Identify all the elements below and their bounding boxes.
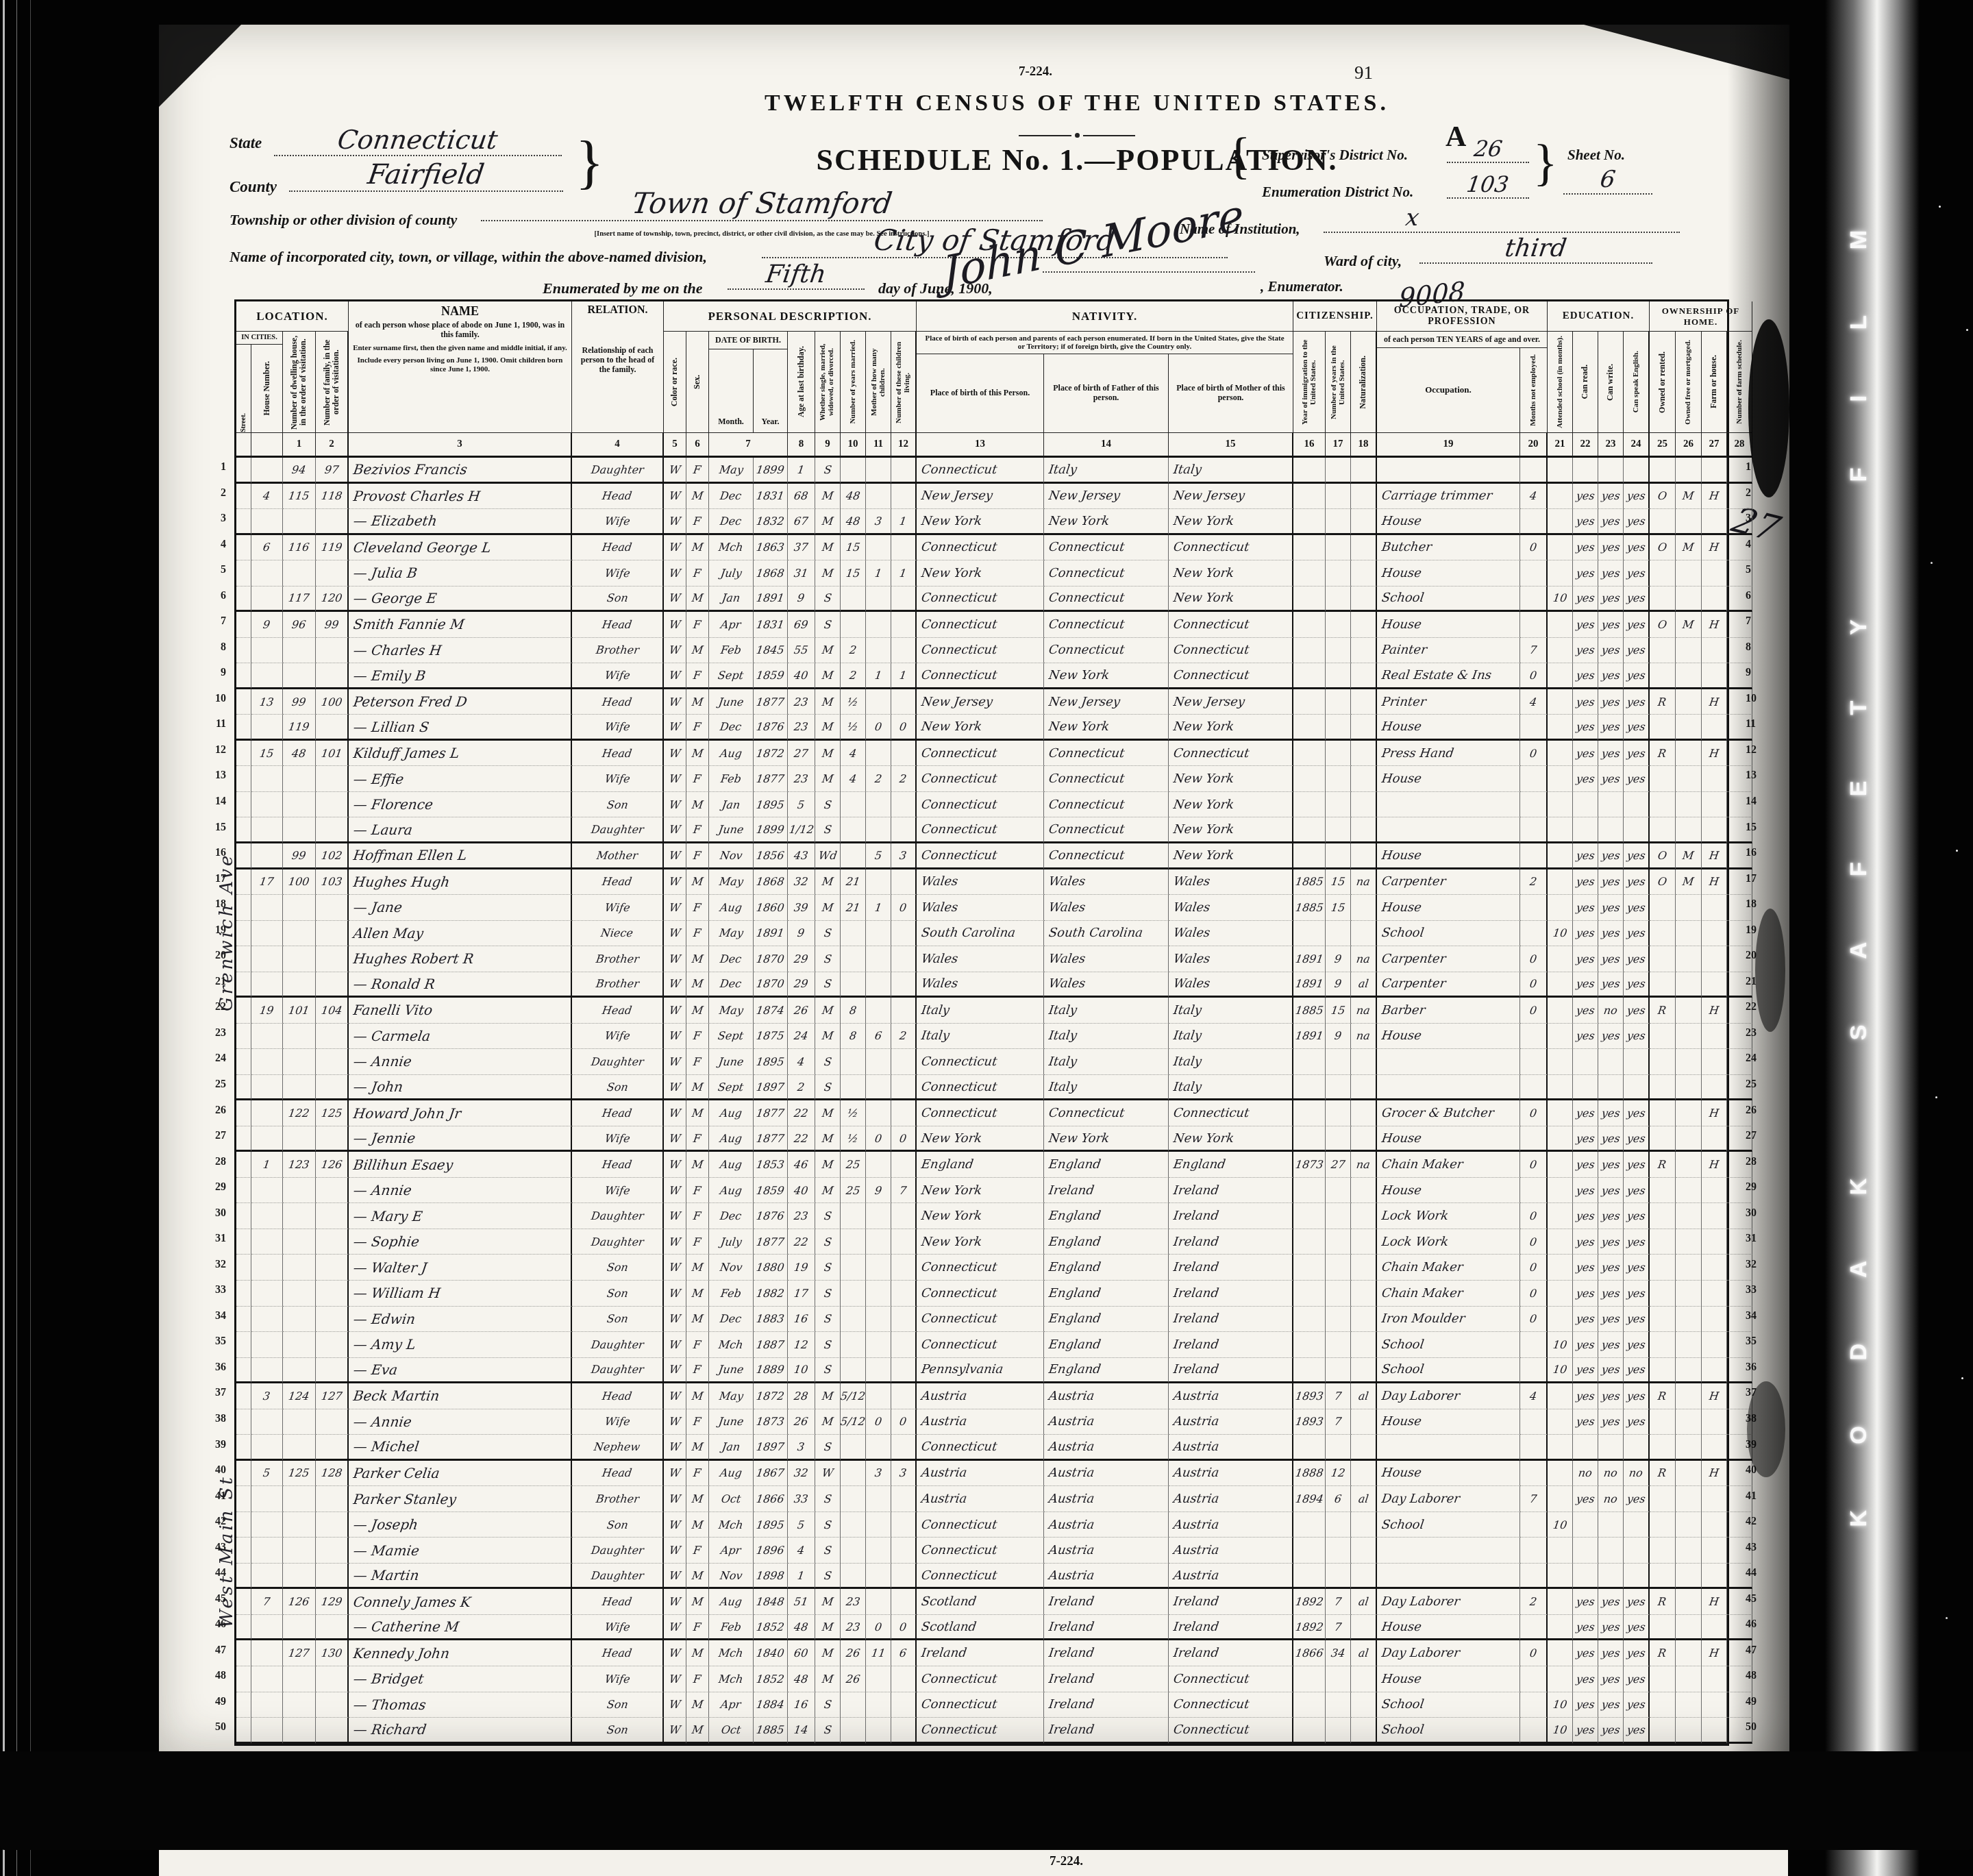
table-cell: Wife [572,1126,664,1152]
table-cell [1520,1615,1548,1641]
table-cell: 6 [866,1024,891,1050]
table-cell: S [815,458,841,484]
supervisor-district-field: 26 [1447,136,1529,163]
table-cell [891,1666,917,1692]
table-cell: 15 [841,560,866,587]
ward-field: third [1419,234,1652,264]
table-cell: 1887 [754,1332,788,1358]
table-cell [1520,921,1548,947]
table-cell: ½ [841,1126,866,1152]
table-cell: F [686,1229,709,1255]
table-cell [1548,535,1573,561]
table-cell [1727,1486,1752,1512]
enumeration-district-value: 103 [1465,171,1511,197]
table-cell [1727,972,1752,998]
table-cell: 1880 [754,1255,788,1281]
table-cell [1548,843,1573,869]
table-cell: W [664,612,686,638]
supervisor-district-label: Supervisor's District No. [1262,147,1408,164]
table-cell [866,1049,891,1075]
table-cell [1520,1692,1548,1718]
table-cell: 51 [788,1589,815,1615]
table-cell: — Elizabeth [349,509,572,535]
table-cell: 1899 [754,817,788,843]
table-cell: Aug [709,1461,754,1487]
table-cell [1326,741,1351,767]
table-cell: M [815,1589,841,1615]
row-number: 39 [1746,1439,1772,1451]
table-cell [1548,1564,1573,1590]
table-cell: New York [1169,509,1293,535]
table-cell: 1866 [1293,1640,1326,1666]
table-cell: Son [572,792,664,818]
table-cell: 100 [316,689,349,715]
table-cell: yes [1624,1666,1650,1692]
table-cell [1293,509,1326,535]
table-cell: 15 [841,535,866,561]
row-number: 35 [1746,1335,1772,1348]
table-cell [1727,1255,1752,1281]
table-cell [1727,1100,1752,1126]
table-cell [1727,1383,1752,1409]
table-cell: Connecticut [917,1255,1044,1281]
table-cell: W [664,458,686,484]
table-cell: Wales [917,972,1044,998]
table-cell [891,972,917,998]
table-cell [1351,638,1377,664]
table-cell [1520,587,1548,613]
table-cell: Aug [709,1589,754,1615]
table-cell [1727,638,1752,664]
row-number: 4 [1746,539,1772,551]
table-cell [1598,1564,1624,1590]
table-cell: W [664,689,686,715]
table-cell: Austria [1044,1383,1169,1409]
table-cell: Brother [572,638,664,664]
table-cell [251,1666,283,1692]
table-cell [283,1615,316,1641]
col-farmhouse-header: Farm or house. [1702,332,1727,433]
table-cell [1293,792,1326,818]
table-cell [283,1281,316,1307]
table-cell [1727,1538,1752,1564]
table-cell: Connecticut [917,1435,1044,1461]
table-cell: Hoffman Ellen L [349,843,572,869]
table-cell: yes [1624,1203,1650,1229]
table-cell: R [1650,1152,1676,1178]
table-cell: yes [1598,1229,1624,1255]
table-cell: M [815,1615,841,1641]
table-cell [891,689,917,715]
table-cell: Iron Moulder [1377,1307,1520,1333]
table-cell [841,817,866,843]
table-cell: yes [1598,946,1624,972]
table-cell [1650,1126,1676,1152]
table-cell [236,509,251,535]
table-cell [1650,1512,1676,1538]
form-number-top: 7-224. [1019,64,1052,79]
table-cell: 1891 [754,587,788,613]
table-cell [1326,484,1351,510]
col-immigration-header: Year of immigration to the United States… [1293,332,1326,433]
row-number: 37 [200,1387,226,1399]
table-cell [891,792,917,818]
row-number: 45 [200,1593,226,1605]
row-number: 47 [1746,1644,1772,1657]
table-cell: yes [1598,560,1624,587]
table-cell [891,1281,917,1307]
table-cell: yes [1598,1692,1624,1718]
table-cell: House [1377,1178,1520,1204]
table-cell [1702,921,1727,947]
table-cell [866,1692,891,1718]
table-cell [1326,1564,1351,1590]
row-number: 8 [1746,641,1772,654]
table-cell [1548,663,1573,689]
table-cell: yes [1624,921,1650,947]
table-cell [1650,587,1676,613]
table-cell [866,1152,891,1178]
table-cell [1520,715,1548,741]
table-cell: 1860 [754,895,788,921]
table-cell: 9 [1326,946,1351,972]
table-cell [866,638,891,664]
col-yearsus-header: Number of years in the United States. [1326,332,1351,433]
table-cell: yes [1624,843,1650,869]
table-cell: Austria [1169,1486,1293,1512]
table-cell: 22 [788,1100,815,1126]
table-cell: Head [572,689,664,715]
table-cell [1520,792,1548,818]
table-cell: Austria [1044,1538,1169,1564]
table-cell [1676,560,1702,587]
table-cell [1573,1435,1598,1461]
table-cell: England [1044,1255,1169,1281]
table-cell [1548,1538,1573,1564]
row-number: 5 [200,564,226,576]
table-cell: Dec [709,1203,754,1229]
film-specks [1939,206,1941,208]
table-cell: 0 [891,895,917,921]
table-cell [1351,1718,1377,1744]
row-number: 36 [1746,1361,1772,1374]
table-cell [251,843,283,869]
group-location: LOCATION. [236,301,349,332]
table-cell: Austria [1169,1538,1293,1564]
table-cell [1650,1332,1676,1358]
table-cell [1727,1152,1752,1178]
table-cell: Austria [1169,1461,1293,1487]
table-cell [251,1203,283,1229]
table-cell: 1882 [754,1281,788,1307]
table-cell [891,1255,917,1281]
table-cell: na [1351,869,1377,896]
table-cell [1650,715,1676,741]
table-cell [236,1512,251,1538]
table-cell: Mch [709,535,754,561]
table-cell [1702,1307,1727,1333]
table-cell: Daughter [572,458,664,484]
table-cell: yes [1573,689,1598,715]
table-cell: yes [1598,484,1624,510]
group-name: NAME of each person whose place of abode… [349,301,572,433]
row-number: 43 [200,1542,226,1554]
table-cell [1520,612,1548,638]
table-cell [841,1538,866,1564]
table-cell: July [709,560,754,587]
table-cell [1702,560,1727,587]
table-cell: F [686,1461,709,1487]
column-number: 25 [1650,433,1676,458]
table-cell: Parker Celia [349,1461,572,1487]
table-cell: 15 [251,741,283,767]
table-cell: 1875 [754,1024,788,1050]
table-cell [1676,1152,1702,1178]
row-number: 41 [200,1490,226,1503]
table-cell: School [1377,1512,1520,1538]
table-cell [891,1383,917,1409]
table-cell: yes [1624,509,1650,535]
table-cell [1624,1512,1650,1538]
table-cell: W [664,638,686,664]
table-cell [1520,458,1548,484]
table-cell: Connecticut [1169,1100,1293,1126]
table-cell: 1 [891,560,917,587]
table-cell: yes [1598,1409,1624,1435]
table-cell [1548,1666,1573,1692]
table-cell: Connecticut [917,1538,1044,1564]
table-cell: yes [1624,1229,1650,1255]
col-write-header: Can write. [1598,332,1624,433]
column-number: 18 [1351,433,1377,458]
table-cell: Connecticut [1044,766,1169,792]
table-cell [251,766,283,792]
table-cell: Connecticut [1169,663,1293,689]
table-cell: yes [1573,843,1598,869]
row-number: 25 [1746,1078,1772,1091]
table-cell [1520,1718,1548,1744]
table-cell: South Carolina [1044,921,1169,947]
table-cell [1650,560,1676,587]
table-cell: W [664,1564,686,1590]
table-cell: 128 [316,1461,349,1487]
table-cell: Connecticut [1044,587,1169,613]
table-cell: 5 [788,1512,815,1538]
table-cell: M [815,638,841,664]
table-cell [1351,715,1377,741]
township-value: Town of Stamford [630,186,894,220]
table-cell: W [664,1615,686,1641]
table-cell [1676,817,1702,843]
table-cell: yes [1573,1229,1598,1255]
table-cell: 16 [788,1307,815,1333]
table-cell [283,1486,316,1512]
table-cell: Connecticut [1044,1100,1169,1126]
table-cell: R [1650,1383,1676,1409]
column-number: 2 [316,433,349,458]
table-cell: Howard John Jr [349,1100,572,1126]
table-cell: 0 [866,1126,891,1152]
table-cell [316,1538,349,1564]
table-cell: O [1650,535,1676,561]
table-cell [1702,663,1727,689]
row-number: 2 [200,487,226,499]
table-cell: Austria [917,1461,1044,1487]
table-cell: 5/12 [841,1383,866,1409]
table-cell: 3 [866,1461,891,1487]
table-cell [866,1358,891,1384]
table-cell [1520,1538,1548,1564]
table-cell [891,1692,917,1718]
table-cell: 1895 [754,1512,788,1538]
table-cell: O [1650,612,1676,638]
col-family-header: Number of family, in the order of visita… [316,332,349,433]
table-cell [1351,1049,1377,1075]
table-cell [251,1075,283,1101]
table-cell: Connecticut [917,1692,1044,1718]
table-cell [1702,1615,1727,1641]
row-number: 13 [200,769,226,782]
table-cell: 4 [788,1538,815,1564]
table-cell: Feb [709,766,754,792]
table-cell: 9 [251,612,283,638]
table-cell: yes [1624,1255,1650,1281]
table-cell: New Jersey [1169,484,1293,510]
table-cell [1293,1126,1326,1152]
table-cell: 1885 [1293,895,1326,921]
row-number: 5 [1746,564,1772,576]
table-cell: England [1044,1358,1169,1384]
table-cell [283,817,316,843]
table-cell [236,895,251,921]
table-cell: — Lillian S [349,715,572,741]
table-cell: yes [1573,612,1598,638]
table-cell: Ireland [1169,1255,1293,1281]
table-cell: Jan [709,1435,754,1461]
table-cell: 97 [316,458,349,484]
table-cell: M [815,1383,841,1409]
table-cell: 1891 [1293,1024,1326,1050]
table-cell: W [664,715,686,741]
table-cell: Wife [572,766,664,792]
table-cell [841,843,866,869]
table-cell: Carriage trimmer [1377,484,1520,510]
table-cell: Press Hand [1377,741,1520,767]
table-cell: June [709,1409,754,1435]
table-cell: Billihun Esaey [349,1152,572,1178]
table-cell [236,869,251,896]
table-cell [283,1255,316,1281]
table-cell [1326,766,1351,792]
table-cell [1650,1564,1676,1590]
table-cell: 3 [866,509,891,535]
table-cell: — Florence [349,792,572,818]
table-cell: — Walter J [349,1255,572,1281]
table-cell: Connecticut [1044,560,1169,587]
column-number: 10 [841,433,866,458]
table-cell [1326,792,1351,818]
table-cell [251,458,283,484]
table-cell [1377,792,1520,818]
table-cell: England [1044,1229,1169,1255]
table-cell: New York [1169,817,1293,843]
table-cell: 1885 [754,1718,788,1744]
table-cell: 99 [316,612,349,638]
table-cell [891,1589,917,1615]
table-cell [1351,1126,1377,1152]
table-cell: W [664,1538,686,1564]
table-cell: na [1351,1152,1377,1178]
table-cell [283,1332,316,1358]
table-cell [1727,1589,1752,1615]
table-cell: yes [1573,1615,1598,1641]
table-cell: 1/12 [788,817,815,843]
table-cell: Wife [572,1666,664,1692]
table-cell [1377,1049,1520,1075]
table-cell [1676,689,1702,715]
table-cell [251,1615,283,1641]
table-cell: S [815,792,841,818]
state-value: Connecticut [336,125,499,155]
table-cell [1727,792,1752,818]
table-cell: yes [1598,509,1624,535]
row-number: 42 [200,1516,226,1528]
row-number: 49 [1746,1696,1772,1708]
table-cell: na [1351,998,1377,1024]
table-cell: yes [1624,612,1650,638]
table-cell: 102 [316,843,349,869]
table-cell: W [664,1640,686,1666]
table-cell: O [1650,869,1676,896]
table-cell: House [1377,612,1520,638]
table-cell [283,1049,316,1075]
table-cell [1548,1281,1573,1307]
table-cell: M [815,998,841,1024]
table-cell: May [709,869,754,896]
table-cell [866,817,891,843]
column-number: 17 [1326,433,1351,458]
table-cell: Wife [572,560,664,587]
table-cell [316,663,349,689]
row-number: 26 [200,1104,226,1117]
table-cell: New York [1044,715,1169,741]
in-cities-label: IN CITIES. [236,332,282,345]
table-cell: na [1351,1024,1377,1050]
table-cell [1351,1100,1377,1126]
table-cell [1573,792,1598,818]
table-cell: yes [1573,869,1598,896]
table-cell [1727,1307,1752,1333]
row-number: 27 [200,1130,226,1142]
table-cell [1676,1615,1702,1641]
table-cell: Wales [1044,895,1169,921]
table-cell: 0 [1520,972,1548,998]
table-cell [891,998,917,1024]
table-cell: — Laura [349,817,572,843]
table-cell: Feb [709,1281,754,1307]
table-cell: H [1702,1461,1727,1487]
table-cell [891,1538,917,1564]
table-cell [1702,1024,1727,1050]
table-cell: 0 [1520,1229,1548,1255]
table-cell: — Bridget [349,1666,572,1692]
table-cell [1351,895,1377,921]
table-cell: Italy [1044,1049,1169,1075]
table-cell [1293,612,1326,638]
table-cell [1650,1666,1676,1692]
table-cell: 7 [1326,1615,1351,1641]
table-cell [1326,1229,1351,1255]
